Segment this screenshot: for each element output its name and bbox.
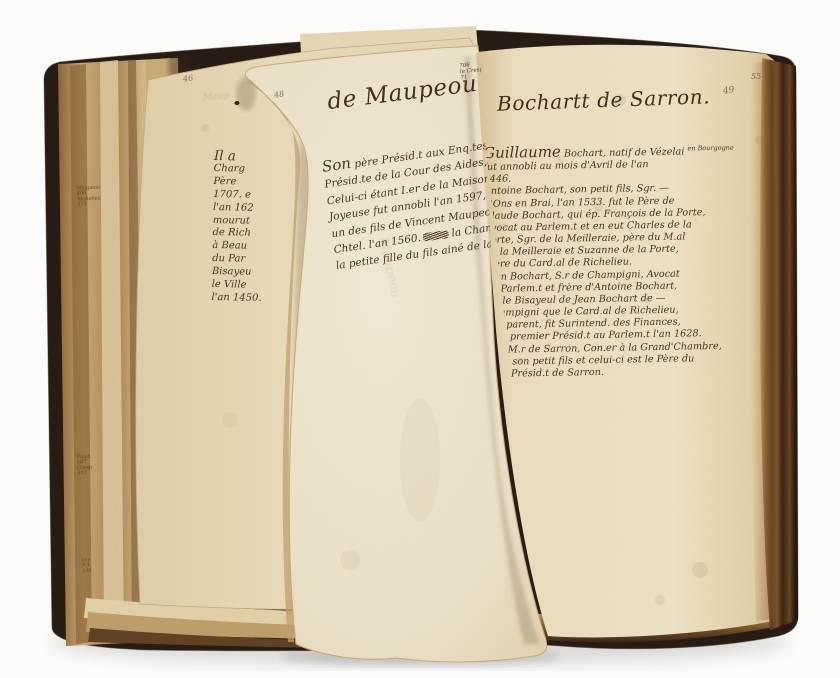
margin-note-middle: Filiat. 407 Cresp 343	[76, 455, 92, 477]
manuscript-line: Père	[213, 176, 263, 190]
leaf-heading: de Maupeou	[326, 71, 479, 115]
lead-word: Guillaume	[483, 143, 561, 162]
manuscript-photo: Maup Il a Charg Père 1707. e l'an 162 mo…	[0, 0, 840, 678]
manuscript-line: de Rich	[212, 227, 262, 241]
manuscript-line: mourut	[213, 215, 263, 229]
page-number-corner: 55	[751, 72, 761, 81]
scribbled-out-word	[422, 230, 449, 242]
right-page-text-block: Guillaume Bochart, natif de Vézelai en B…	[483, 142, 738, 381]
margin-note-top: Maupeou 406 Richelieu 375	[76, 185, 101, 207]
page-number-leaf: 48	[273, 89, 285, 100]
page-number-left: 46	[182, 73, 193, 83]
manuscript-line: à Beau	[212, 240, 262, 254]
manuscript-line: l'an 1450.	[211, 292, 261, 306]
line-fragment: Bochart, natif de Vézelai	[564, 146, 685, 159]
manuscript-line: Il a	[214, 150, 264, 164]
right-page-heading: Bochartt de Sarron.	[497, 84, 711, 115]
manuscript-line: Bisayeu	[212, 266, 262, 280]
manuscript-line: l'an 162	[213, 202, 263, 216]
line-fragment: Présid.t de Sarron.	[511, 367, 604, 380]
left-page-text-block: Il a Charg Père 1707. e l'an 162 mourut …	[211, 150, 264, 306]
manuscript-line: Charg	[214, 163, 264, 177]
margin-note-bottom: vvv 3-1 101	[82, 558, 92, 574]
lead-word: Son	[321, 154, 352, 176]
manuscript-line: du Par	[212, 253, 262, 267]
manuscript-line: 1707. e	[213, 189, 263, 203]
note-line: 101	[82, 568, 92, 574]
left-page-ghost-text: Maup	[203, 91, 230, 102]
page-number-right: 49	[722, 85, 735, 96]
note-line: 343	[77, 470, 92, 476]
superscript-note: en Bourgogne	[687, 144, 733, 153]
manuscript-line: le Ville	[212, 279, 262, 293]
